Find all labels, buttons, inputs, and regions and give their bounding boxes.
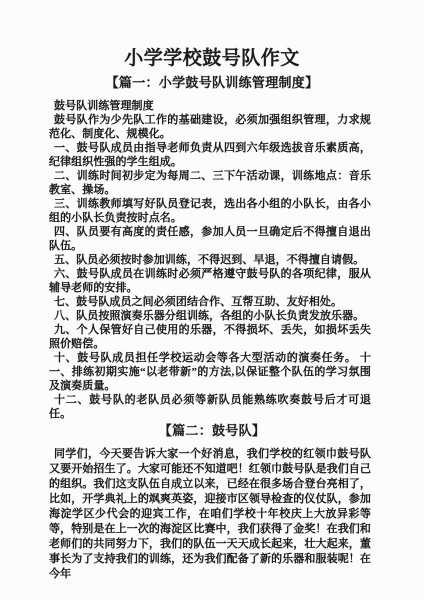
rule-item-9: 九、个人保管好自己使用的乐器，不得损坏、丢失，如损坏丢失照价赔偿。 [49, 323, 371, 351]
rule-item-10-11: 十、鼓号队成员担任学校运动会等各大型活动的演奏任务。 十一、排练初期实施“以老带… [49, 351, 371, 393]
rule-item-12: 十二、鼓号队的老队员必须等新队员能熟练吹奏鼓号后才可退任。 [49, 393, 371, 421]
section-2-body: 同学们，今天要告诉大家一个好消息，我们学校的红领巾鼓号队又要开始招生了。大家可能… [49, 447, 371, 582]
rule-item-6: 六、鼓号队成员在训练时必须严格遵守鼓号队的各项纪律，服从辅导老师的安排。 [49, 267, 371, 295]
essay-paragraph: 同学们，今天要告诉大家一个好消息，我们学校的红领巾鼓号队又要开始招生了。大家可能… [49, 447, 371, 582]
rule-item-8: 八、队员按照演奏乐器分组训练，各组的小队长负责发放乐器。 [49, 309, 371, 323]
rule-item-1: 一、鼓号队成员由指导老师负责从四到六年级选拔音乐素质高，纪律组织性强的学生组成。 [49, 141, 371, 169]
section-1-heading: 【篇一：小学鼓号队训练管理制度】 [0, 75, 424, 91]
essay-title: 小学学校鼓号队作文 [0, 48, 424, 70]
rule-item-7: 七、鼓号队成员之间必须团结合作、互帮互助、友好相处。 [49, 295, 371, 309]
rule-item-3: 三、训练教师填写好队员登记表，选出各小组的小队长，由各小组的小队长负责按时点名。 [49, 197, 371, 225]
rule-item-2: 二、训练时间初步定为每周二、三下午活动课，训练地点：音乐教室、操场。 [49, 169, 371, 197]
rule-item-4: 四、队员要有高度的责任感，参加人员一旦确定后不得擅自退出队伍。 [49, 225, 371, 253]
rule-item-5: 五、队员必须按时参加训练，不得迟到、早退，不得擅自请假。 [49, 253, 371, 267]
rules-intro-paragraph: 鼓号队作为少先队工作的基础建设，必须加强组织管理，力求规范化、制度化、规模化。 [49, 113, 371, 141]
section-1-body: 鼓号队训练管理制度 鼓号队作为少先队工作的基础建设，必须加强组织管理，力求规范化… [49, 99, 371, 421]
rules-subheading: 鼓号队训练管理制度 [49, 99, 371, 113]
document-page: 小学学校鼓号队作文 【篇一：小学鼓号队训练管理制度】 鼓号队训练管理制度 鼓号队… [0, 0, 424, 600]
section-2-heading: 【篇二：鼓号队】 [0, 423, 424, 439]
